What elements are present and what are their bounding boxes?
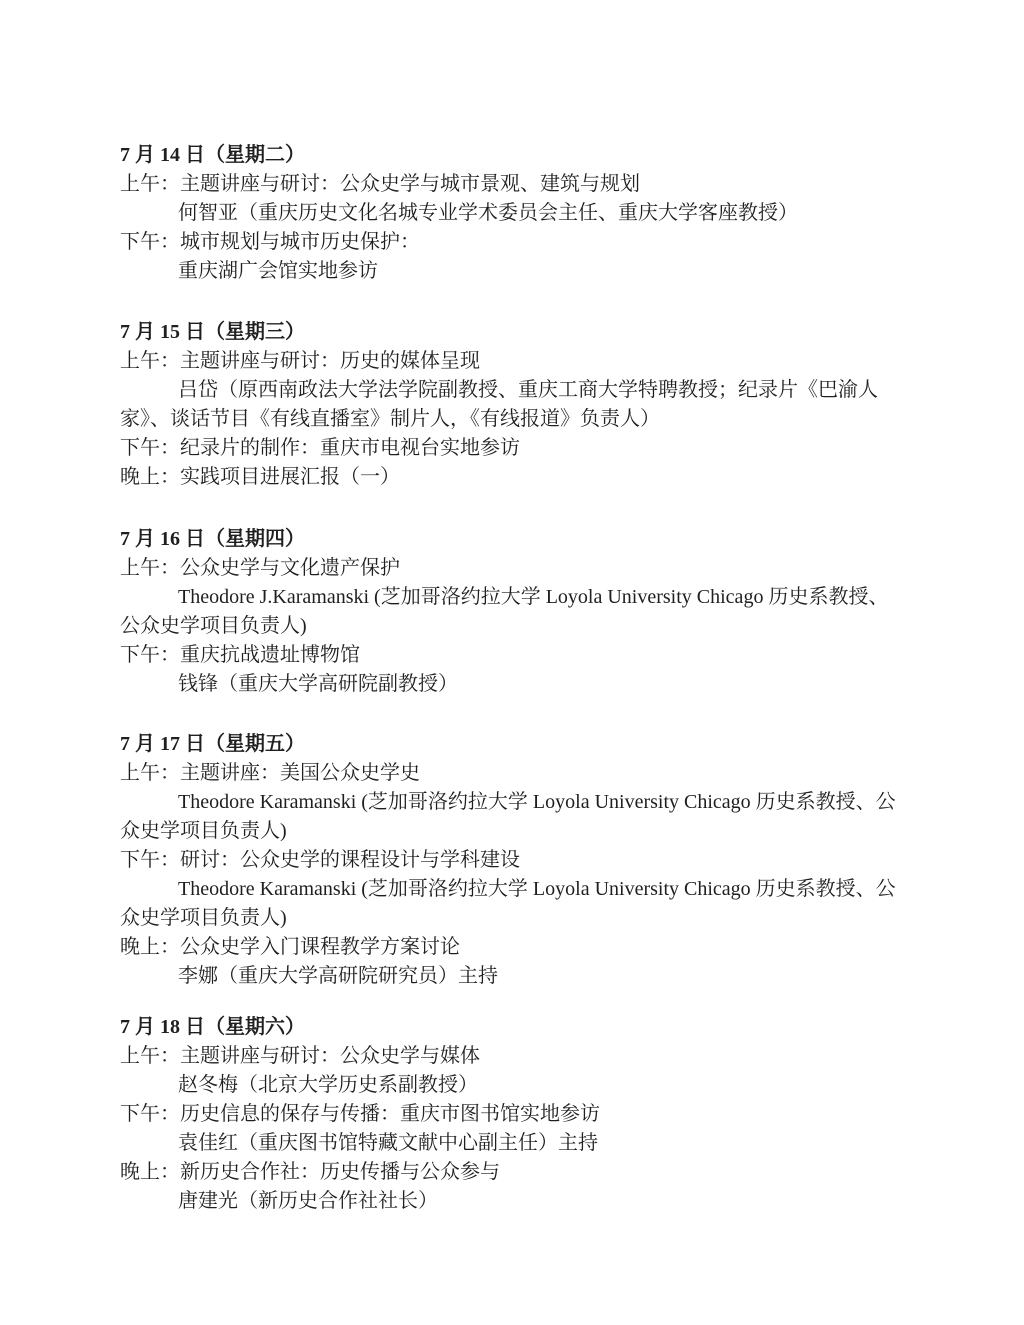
line-text: 新历史合作社：历史传播与公众参与 [180,1161,500,1183]
line-text: 李娜（重庆大学高研院研究员）主持 [178,965,498,987]
time-label: 上午： [120,759,180,788]
schedule-line: 上午：主题讲座与研讨：历史的媒体呈现 [120,347,934,376]
line-text: 历史信息的保存与传播：重庆市图书馆实地参访 [180,1103,600,1125]
line-text: 主题讲座与研讨：公众史学与媒体 [180,1045,480,1067]
document-page: 7 月 14 日（星期二） 上午：主题讲座与研讨：公众史学与城市景观、建筑与规划… [0,0,1024,1325]
line-text: 研讨：公众史学的课程设计与学科建设 [180,849,520,871]
line-text: 公众史学入门课程教学方案讨论 [180,936,460,958]
time-label: 上午： [120,347,180,376]
schedule-line: 上午：主题讲座与研讨：公众史学与媒体 [120,1042,934,1071]
day-block: 7 月 14 日（星期二） 上午：主题讲座与研讨：公众史学与城市景观、建筑与规划… [120,141,934,286]
schedule-line: 下午：历史信息的保存与传播：重庆市图书馆实地参访 [120,1100,934,1129]
day-lines: 上午：公众史学与文化遗产保护Theodore J.Karamanski (芝加哥… [120,554,934,699]
schedule-line: 晚上：新历史合作社：历史传播与公众参与 [120,1158,934,1187]
schedule-line: Theodore Karamanski (芝加哥洛约拉大学 Loyola Uni… [120,875,934,904]
schedule-line: 何智亚（重庆历史文化名城专业学术委员会主任、重庆大学客座教授） [120,199,934,228]
line-text: 公众史学与文化遗产保护 [180,557,400,579]
day-block: 7 月 15 日（星期三） 上午：主题讲座与研讨：历史的媒体呈现吕岱（原西南政法… [120,318,934,492]
schedule: 7 月 14 日（星期二） 上午：主题讲座与研讨：公众史学与城市景观、建筑与规划… [120,141,934,1216]
line-text: 众史学项目负责人) [120,907,287,929]
day-block: 7 月 17 日（星期五） 上午：主题讲座：美国公众史学史Theodore Ka… [120,730,934,991]
schedule-line: 重庆湖广会馆实地参访 [120,257,934,286]
line-text: 实践项目进展汇报（一） [180,466,400,488]
line-text: 袁佳红（重庆图书馆特藏文献中心副主任）主持 [178,1132,598,1154]
day-lines: 上午：主题讲座与研讨：历史的媒体呈现吕岱（原西南政法大学法学院副教授、重庆工商大… [120,347,934,492]
line-text: 重庆湖广会馆实地参访 [178,260,378,282]
schedule-line: 钱锋（重庆大学高研院副教授） [120,670,934,699]
line-text: 主题讲座与研讨：历史的媒体呈现 [180,350,480,372]
line-text: Theodore Karamanski (芝加哥洛约拉大学 Loyola Uni… [178,878,896,900]
line-text: 唐建光（新历史合作社社长） [178,1190,438,1212]
schedule-line: 唐建光（新历史合作社社长） [120,1187,934,1216]
schedule-line: 下午：重庆抗战遗址博物馆 [120,641,934,670]
schedule-line: Theodore J.Karamanski (芝加哥洛约拉大学 Loyola U… [120,583,934,612]
schedule-line: 下午：研讨：公众史学的课程设计与学科建设 [120,846,934,875]
schedule-line: 众史学项目负责人) [120,904,934,933]
time-label: 下午： [120,641,180,670]
schedule-line: 上午：公众史学与文化遗产保护 [120,554,934,583]
time-label: 上午： [120,1042,180,1071]
schedule-line: 公众史学项目负责人) [120,612,934,641]
schedule-line: 晚上：公众史学入门课程教学方案讨论 [120,933,934,962]
day-heading: 7 月 16 日（星期四） [120,525,934,554]
time-label: 上午： [120,170,180,199]
schedule-line: 上午：主题讲座与研讨：公众史学与城市景观、建筑与规划 [120,170,934,199]
time-label: 下午： [120,434,180,463]
time-label: 下午： [120,1100,180,1129]
line-text: 城市规划与城市历史保护： [180,231,420,253]
time-label: 晚上： [120,1158,180,1187]
schedule-line: 吕岱（原西南政法大学法学院副教授、重庆工商大学特聘教授；纪录片《巴渝人 [120,376,934,405]
day-block: 7 月 16 日（星期四） 上午：公众史学与文化遗产保护Theodore J.K… [120,525,934,699]
line-text: Theodore Karamanski (芝加哥洛约拉大学 Loyola Uni… [178,791,896,813]
day-heading: 7 月 14 日（星期二） [120,141,934,170]
time-label: 下午： [120,846,180,875]
schedule-line: 家》、谈话节目《有线直播室》制片人，《有线报道》负责人） [120,405,934,434]
schedule-line: Theodore Karamanski (芝加哥洛约拉大学 Loyola Uni… [120,788,934,817]
day-heading: 7 月 18 日（星期六） [120,1013,934,1042]
line-text: 纪录片的制作：重庆市电视台实地参访 [180,437,520,459]
line-text: 公众史学项目负责人) [120,615,307,637]
line-text: 重庆抗战遗址博物馆 [180,644,360,666]
time-label: 下午： [120,228,180,257]
schedule-line: 李娜（重庆大学高研院研究员）主持 [120,962,934,991]
line-text: 家》、谈话节目《有线直播室》制片人，《有线报道》负责人） [120,408,660,430]
line-text: 众史学项目负责人) [120,820,287,842]
day-lines: 上午：主题讲座与研讨：公众史学与媒体赵冬梅（北京大学历史系副教授）下午：历史信息… [120,1042,934,1216]
line-text: Theodore J.Karamanski (芝加哥洛约拉大学 Loyola U… [178,586,888,608]
schedule-line: 众史学项目负责人) [120,817,934,846]
day-heading: 7 月 17 日（星期五） [120,730,934,759]
line-text: 赵冬梅（北京大学历史系副教授） [178,1074,478,1096]
line-text: 主题讲座：美国公众史学史 [180,762,420,784]
schedule-line: 赵冬梅（北京大学历史系副教授） [120,1071,934,1100]
line-text: 何智亚（重庆历史文化名城专业学术委员会主任、重庆大学客座教授） [178,202,798,224]
time-label: 晚上： [120,463,180,492]
schedule-line: 袁佳红（重庆图书馆特藏文献中心副主任）主持 [120,1129,934,1158]
line-text: 钱锋（重庆大学高研院副教授） [178,673,458,695]
time-label: 晚上： [120,933,180,962]
schedule-line: 下午：纪录片的制作：重庆市电视台实地参访 [120,434,934,463]
time-label: 上午： [120,554,180,583]
day-heading: 7 月 15 日（星期三） [120,318,934,347]
schedule-line: 下午：城市规划与城市历史保护： [120,228,934,257]
line-text: 吕岱（原西南政法大学法学院副教授、重庆工商大学特聘教授；纪录片《巴渝人 [178,379,878,401]
day-lines: 上午：主题讲座与研讨：公众史学与城市景观、建筑与规划何智亚（重庆历史文化名城专业… [120,170,934,286]
day-block: 7 月 18 日（星期六） 上午：主题讲座与研讨：公众史学与媒体赵冬梅（北京大学… [120,1013,934,1216]
line-text: 主题讲座与研讨：公众史学与城市景观、建筑与规划 [180,173,640,195]
day-lines: 上午：主题讲座：美国公众史学史Theodore Karamanski (芝加哥洛… [120,759,934,991]
schedule-line: 上午：主题讲座：美国公众史学史 [120,759,934,788]
schedule-line: 晚上：实践项目进展汇报（一） [120,463,934,492]
